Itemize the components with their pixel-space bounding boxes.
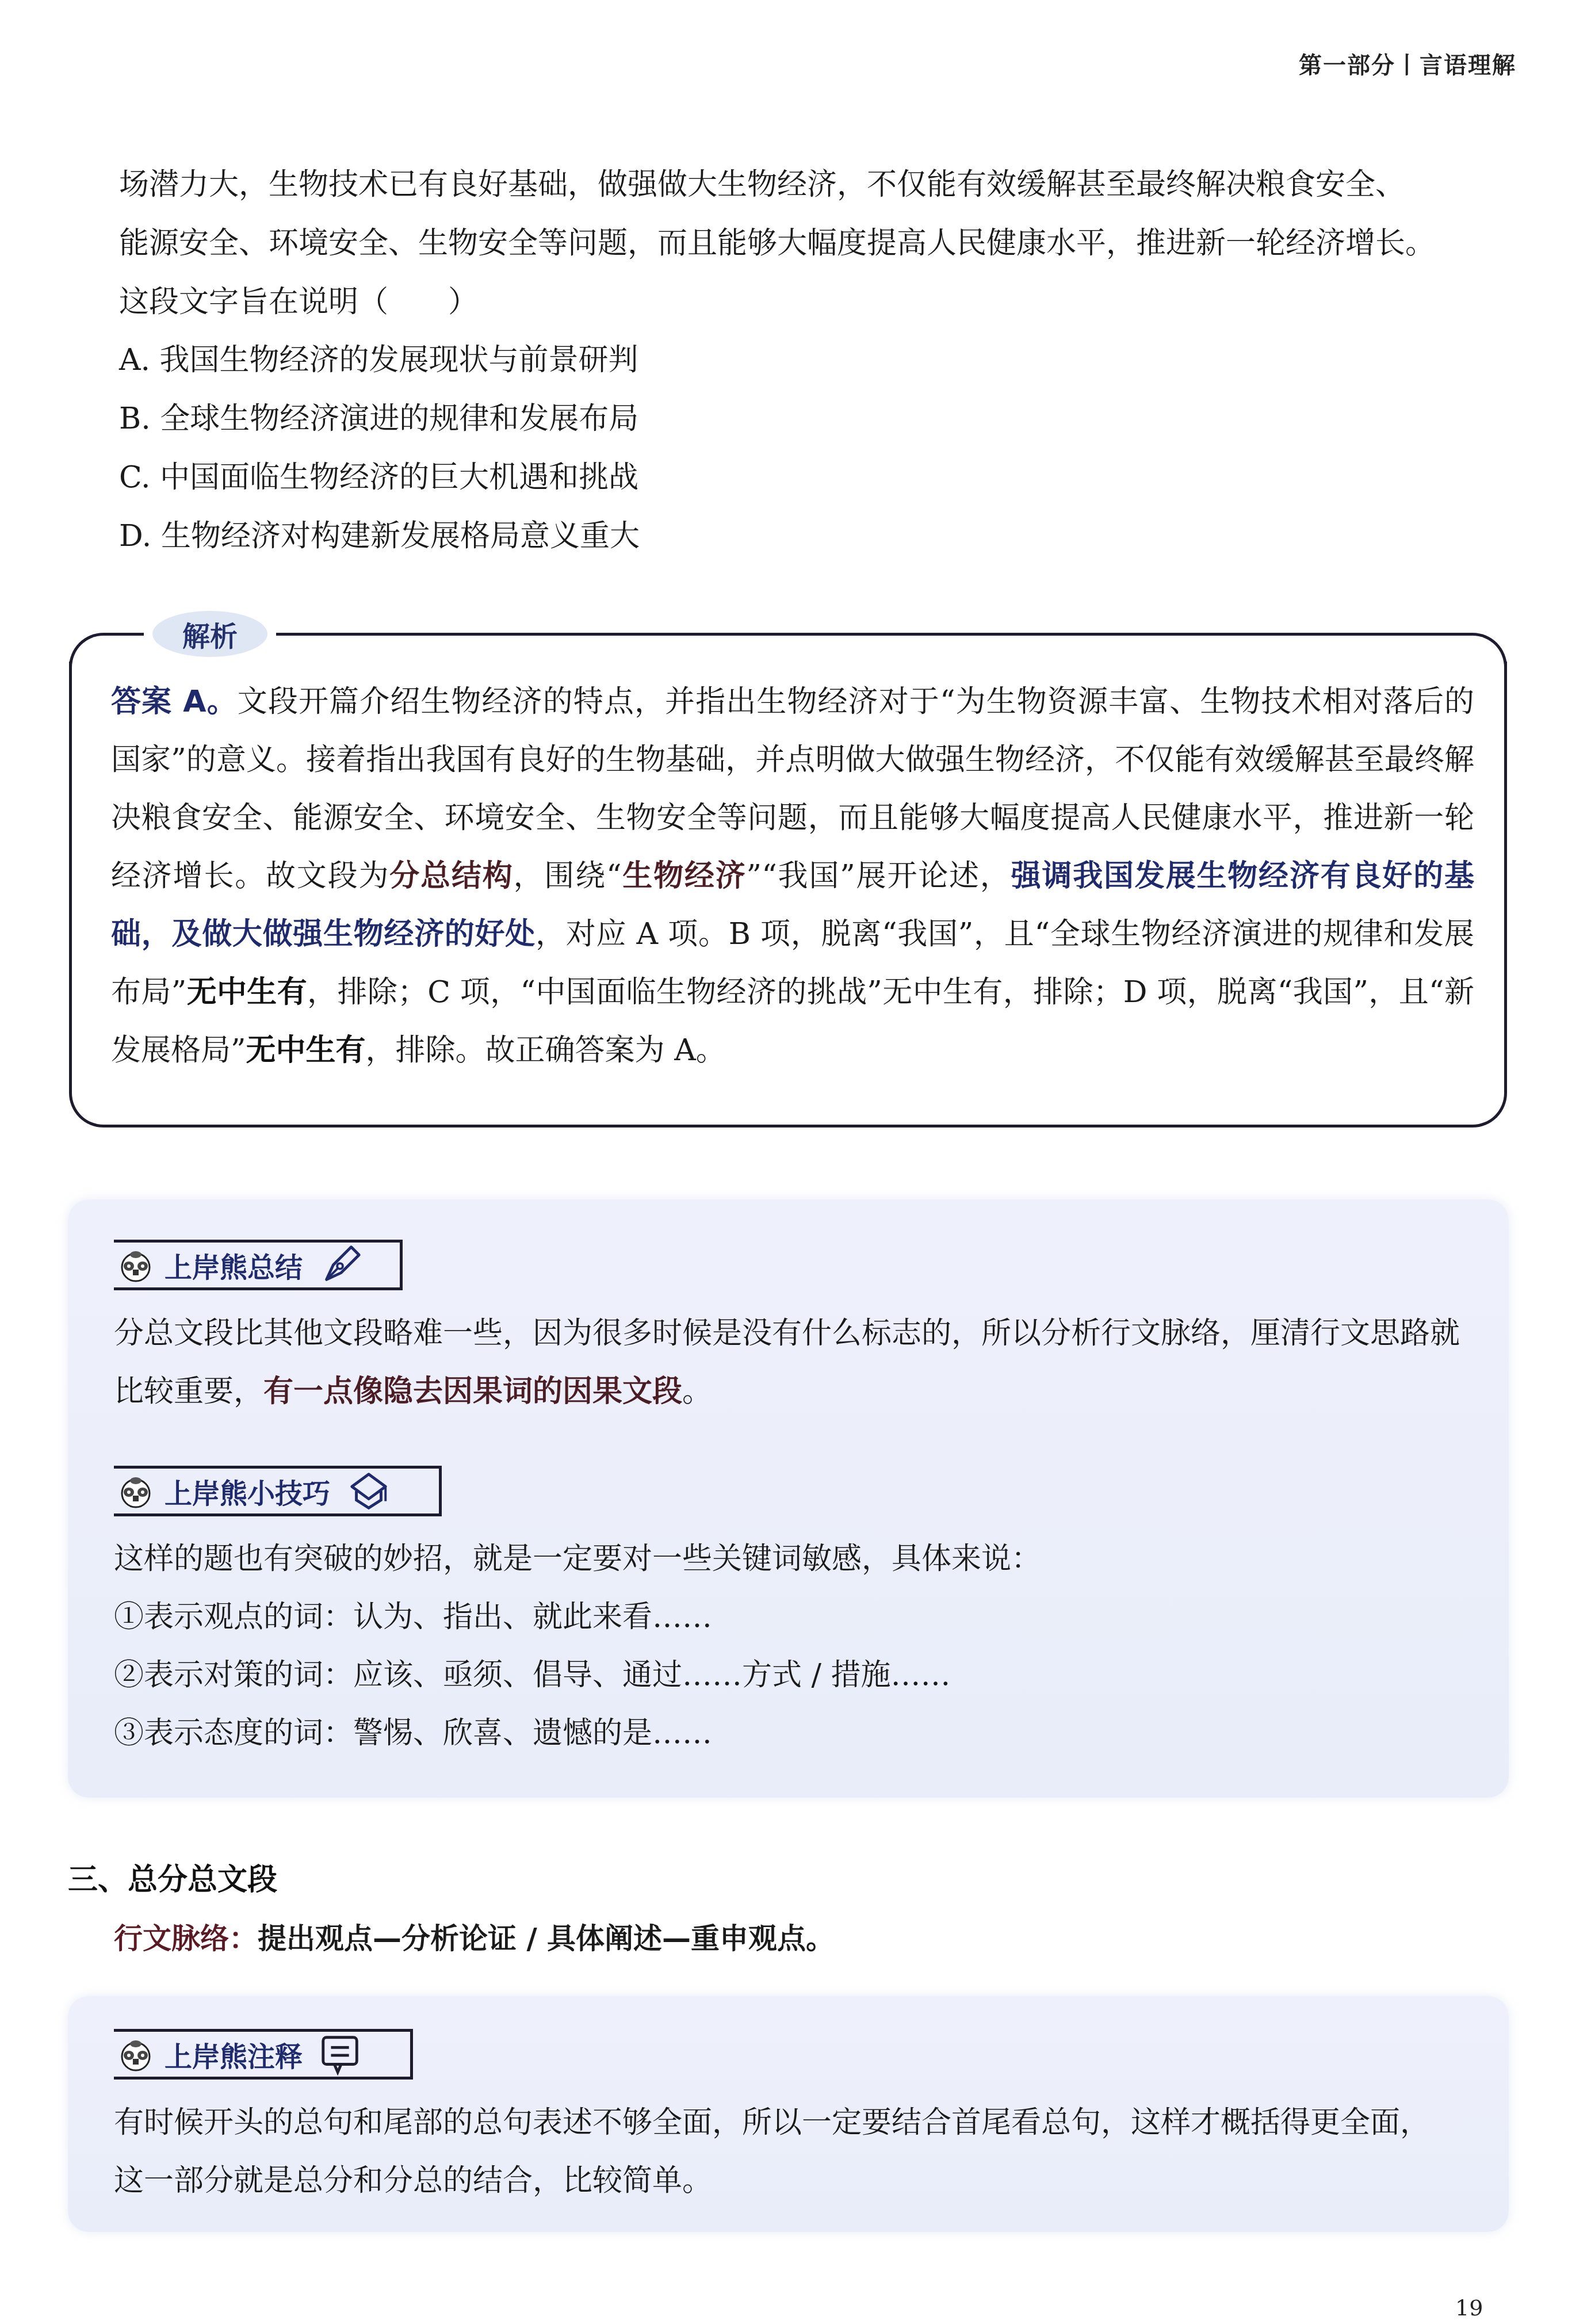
note-line: 有时候开头的总句和尾部的总句表述不够全面，所以一定要结合首尾看总句，这样才概括得…	[114, 2094, 1494, 2152]
summary-title: 上岸熊总结	[165, 1245, 303, 1285]
highlight-fabricated: 无中生有	[246, 1033, 366, 1068]
speech-bubble-icon	[319, 2032, 364, 2077]
tip-item: ③表示态度的词：警惕、欣喜、遗憾的是……	[114, 1704, 1483, 1763]
passage-line: 能源安全、环境安全、生物安全等问题，而且能够大幅度提高人民健康水平，推进新一轮经…	[119, 214, 1500, 273]
graduation-cap-icon	[346, 1469, 391, 1513]
note-header: 上岸熊注释	[114, 2029, 413, 2080]
summary-header: 上岸熊总结	[114, 1240, 403, 1290]
analysis-box-border	[276, 633, 1507, 667]
analysis-tag: 解析	[152, 611, 267, 657]
question-stem: 这段文字旨在说明（ ）	[119, 273, 1500, 331]
summary-text: 分总文段比其他文段略难一些，因为很多时候是没有什么标志的，所以分析行文脉络，厘清…	[114, 1305, 1483, 1421]
analysis-box-border	[69, 633, 144, 667]
tips-intro: 这样的题也有突破的妙招，就是一定要对一些关键词敏感，具体来说：	[114, 1530, 1483, 1588]
answer-label: 答案 A。	[111, 685, 238, 719]
highlight-topic: 生物经济	[622, 859, 747, 893]
note-text: 有时候开头的总句和尾部的总句表述不够全面，所以一定要结合首尾看总句，这样才概括得…	[114, 2094, 1494, 2210]
tips-title: 上岸熊小技巧	[165, 1471, 330, 1511]
flow-label: 行文脉络：	[114, 1922, 258, 1955]
analysis-segment: ”“我国”展开论述，	[747, 859, 1011, 893]
analysis-text: 答案 A。文段开篇介绍生物经济的特点，并指出生物经济对于“为生物资源丰富、生物技…	[111, 673, 1474, 1080]
page-number: 19	[1455, 2295, 1483, 2321]
section-title: 三、总分总文段	[68, 1855, 277, 1898]
answer-options: A. 我国生物经济的发展现状与前景研判 B. 全球生物经济演进的规律和发展布局 …	[119, 331, 640, 565]
summary-end: 。	[682, 1374, 712, 1409]
option-b: B. 全球生物经济演进的规律和发展布局	[119, 389, 640, 448]
tips-header: 上岸熊小技巧	[114, 1466, 442, 1516]
analysis-segment: ，围绕“	[514, 859, 622, 893]
bear-mascot-icon	[117, 1473, 154, 1509]
highlight-fabricated: 无中生有	[186, 975, 307, 1010]
tip-item: ②表示对策的词：应该、亟须、倡导、通过……方式 / 措施……	[114, 1646, 1483, 1704]
flow-value: 提出观点—分析论证 / 具体阐述—重申观点。	[258, 1922, 835, 1955]
option-a: A. 我国生物经济的发展现状与前景研判	[119, 331, 640, 389]
option-d: D. 生物经济对构建新发展格局意义重大	[119, 507, 640, 565]
bear-mascot-icon	[117, 1247, 154, 1283]
pen-nib-icon	[319, 1243, 364, 1287]
option-c: C. 中国面临生物经济的巨大机遇和挑战	[119, 448, 640, 507]
passage-line: 场潜力大，生物技术已有良好基础，做强做大生物经济，不仅能有效缓解甚至最终解决粮食…	[119, 155, 1500, 214]
note-title: 上岸熊注释	[165, 2035, 303, 2074]
question-passage: 场潜力大，生物技术已有良好基础，做强做大生物经济，不仅能有效缓解甚至最终解决粮食…	[119, 155, 1500, 331]
tip-item: ①表示观点的词：认为、指出、就此来看……	[114, 1588, 1483, 1646]
structure-flow: 行文脉络：提出观点—分析论证 / 具体阐述—重申观点。	[114, 1916, 835, 1957]
summary-highlight: 有一点像隐去因果词的因果文段	[263, 1374, 682, 1409]
tips-text: 这样的题也有突破的妙招，就是一定要对一些关键词敏感，具体来说： ①表示观点的词：…	[114, 1530, 1483, 1763]
running-head: 第一部分丨言语理解	[1299, 47, 1516, 80]
bear-mascot-icon	[117, 2036, 154, 2073]
analysis-segment: ，排除。故正确答案为 A。	[366, 1033, 726, 1068]
note-line: 这一部分就是总分和分总的结合，比较简单。	[114, 2152, 1494, 2210]
highlight-structure: 分总结构	[389, 859, 513, 893]
